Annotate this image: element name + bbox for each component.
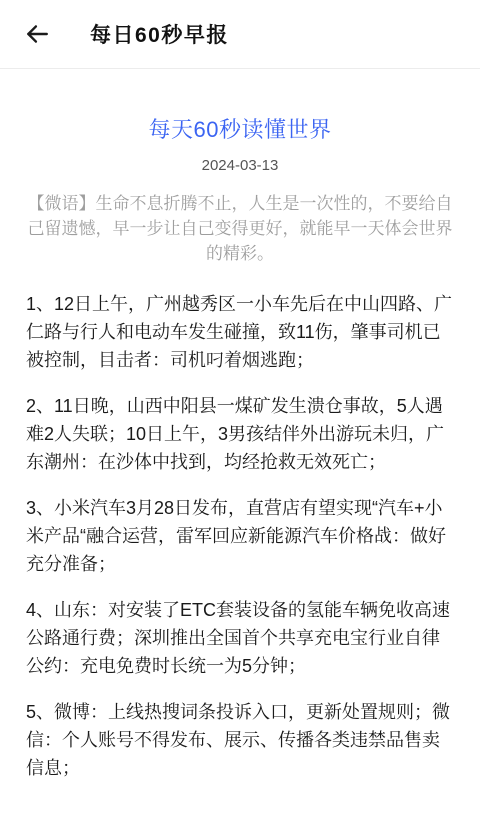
back-arrow-icon <box>24 21 50 47</box>
back-button[interactable] <box>18 19 56 49</box>
article-content: 每天60秒读懂世界 2024-03-13 【微语】生命不息折腾不止，人生是一次性… <box>0 113 480 782</box>
article-date: 2024-03-13 <box>26 157 454 174</box>
news-list: 1、12日上午，广州越秀区一小车先后在中山四路、广仁路与行人和电动车发生碰撞，致… <box>26 290 454 782</box>
app-bar-title: 每日60秒早报 <box>90 19 229 49</box>
news-item-3: 3、小米汽车3月28日发布，直营店有望实现“汽车+小米产品“融合运营，雷军回应新… <box>26 494 454 578</box>
app-bar: 每日60秒早报 <box>0 0 480 68</box>
news-item-5: 5、微博：上线热搜词条投诉入口，更新处置规则；微信：个人账号不得发布、展示、传播… <box>26 698 454 782</box>
news-item-4: 4、山东：对安装了ETC套装设备的氢能车辆免收高速公路通行费；深圳推出全国首个共… <box>26 596 454 680</box>
article-intro: 【微语】生命不息折腾不止，人生是一次性的，不要给自己留遗憾，早一步让自己变得更好… <box>26 191 454 266</box>
article-title-link[interactable]: 每天60秒读懂世界 <box>26 113 454 144</box>
news-item-1: 1、12日上午，广州越秀区一小车先后在中山四路、广仁路与行人和电动车发生碰撞，致… <box>26 290 454 374</box>
news-item-2: 2、11日晚，山西中阳县一煤矿发生溃仓事故，5人遇难2人失联；10日上午，3男孩… <box>26 392 454 476</box>
header-divider <box>0 68 480 69</box>
